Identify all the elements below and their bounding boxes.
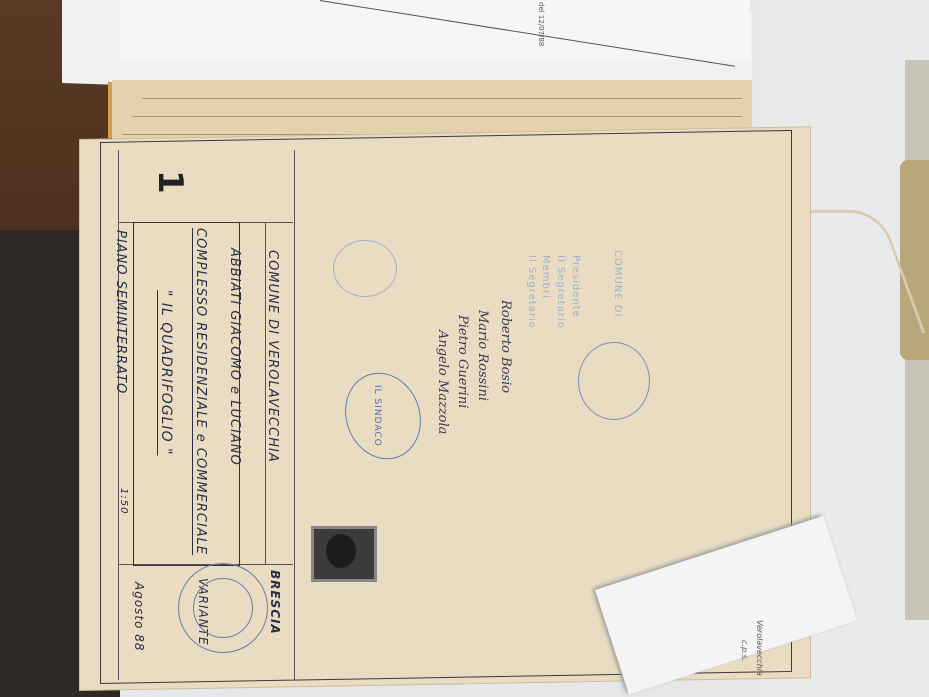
- note-text: c.p.s.: [740, 640, 749, 661]
- faded-stamp-line: Il Segretario: [555, 255, 566, 329]
- project-name: " IL QUADRIFOGLIO ": [158, 290, 174, 456]
- revenue-stamp-portrait: [326, 534, 356, 568]
- white-paper-date: del 12/07/88: [537, 2, 545, 46]
- mayor-stamp-text: IL SINDACO: [372, 385, 382, 447]
- faded-stamp-line: Membri: [540, 255, 551, 299]
- note-text: Verolavecchia: [755, 620, 764, 676]
- faded-stamp-line: COMUNE DI: [612, 250, 623, 317]
- signature: Pietro Guerini: [455, 315, 470, 408]
- drawing-title: PIANO SEMINTERRATO: [113, 230, 128, 394]
- province: BRESCIA: [268, 570, 282, 635]
- municipality: COMUNE DI VEROLAVECCHIA: [265, 250, 280, 463]
- project-title: COMPLESSO RESIDENZIALE e COMMERCIALE: [193, 228, 208, 555]
- engineer-stamp-inner-ring: [193, 578, 253, 638]
- stack-edge-line: [142, 98, 742, 99]
- stack-edge-line: [132, 116, 742, 117]
- signature: Roberto Bosio: [498, 300, 513, 393]
- drawing-scale: 1:50: [118, 488, 129, 514]
- project-name-box: [133, 222, 240, 566]
- signature: Mario Rossini: [475, 310, 490, 401]
- drawing-date: Agosto 88: [132, 582, 146, 652]
- municipal-seal-stamp: [578, 342, 650, 420]
- engineer-stamp: [178, 563, 268, 653]
- signature: Angelo Mazzola: [435, 330, 450, 434]
- faded-stamp-line: Il Segretario: [526, 255, 537, 329]
- faded-round-stamp: [333, 240, 397, 297]
- faded-stamp-line: Presidente: [570, 255, 581, 318]
- white-paper-front: [120, 0, 750, 60]
- client-name: ABBIATI GIACOMO e LUCIANO: [227, 248, 242, 466]
- sheet-number: 1: [150, 170, 190, 195]
